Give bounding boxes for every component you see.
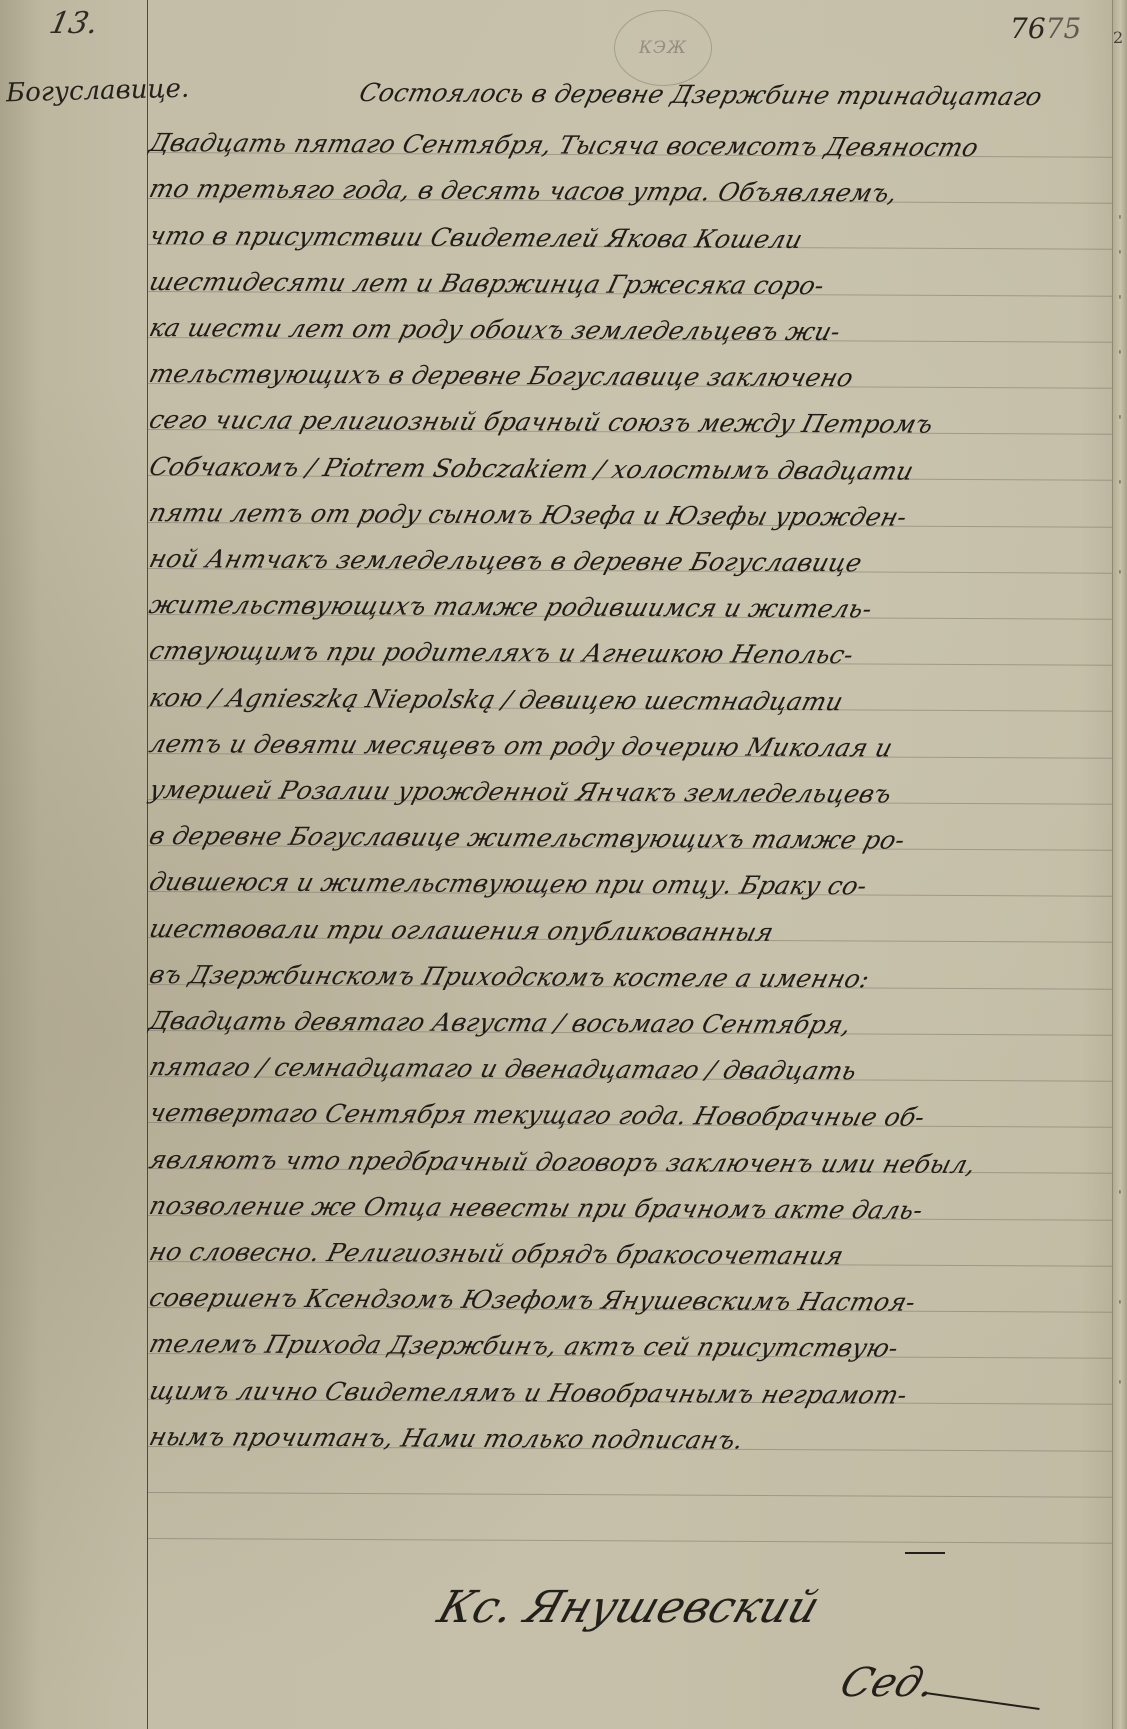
handwritten-line: то третьяго года, в десять часов утра. О… xyxy=(146,174,1113,209)
signature-secondary: Сед. xyxy=(835,1660,942,1706)
handwritten-line: ка шести лет от роду обоихъ земледельцев… xyxy=(146,313,1113,348)
archive-stamp: КЭЖ xyxy=(614,10,712,86)
folio-number: 7675 xyxy=(1010,12,1081,45)
edge-tick-mark: ˌ xyxy=(1118,470,1122,486)
edge-tick-mark: ˌ xyxy=(1118,205,1122,221)
edge-tick-mark: ˌ xyxy=(1118,1370,1122,1386)
handwritten-line: позволение же Отца невесты при брачномъ … xyxy=(146,1191,1113,1226)
page-binding-edge xyxy=(1112,0,1127,1729)
edge-tick-mark: ˌ xyxy=(1118,285,1122,301)
entry-number: 13. xyxy=(46,6,101,41)
handwritten-line: совершенъ Ксендзомъ Юзефомъ Янушевскимъ … xyxy=(146,1283,1113,1318)
handwritten-line: Собчакомъ / Piotrem Sobczakiem / холосты… xyxy=(146,452,1113,487)
end-flourish xyxy=(905,1552,945,1554)
edge-tick-mark: ˌ xyxy=(1118,405,1122,421)
handwritten-line: летъ и девяти месяцевъ от роду дочерию М… xyxy=(146,729,1113,764)
signature-flourish xyxy=(925,1692,1039,1710)
handwritten-line: Двадцать пятаго Сентября, Тысяча восемсо… xyxy=(146,128,1113,163)
handwritten-line: умершей Розалии урожденной Янчакъ землед… xyxy=(146,775,1113,810)
edge-tick-mark: ˌ xyxy=(1118,1290,1122,1306)
edge-tick-mark: ˌ xyxy=(1118,340,1122,356)
edge-tick-mark: ˌ xyxy=(1118,560,1122,576)
handwritten-line: телемъ Прихода Дзержбинъ, актъ сей прису… xyxy=(146,1329,1113,1364)
handwritten-line: являютъ что предбрачный договоръ заключе… xyxy=(146,1145,1113,1180)
handwritten-line: жительствующихъ тамже родившимся и жител… xyxy=(146,590,1113,625)
signature-priest: Кс. Янушевский xyxy=(432,1582,826,1633)
folio-edge-mark: 2 xyxy=(1113,28,1123,47)
folio-struck-number: 76 xyxy=(1010,12,1046,45)
handwritten-line: кою / Agnieszką Niepolską / девицею шест… xyxy=(146,683,1113,718)
handwritten-line: Двадцать девятаго Августа / восьмаго Сен… xyxy=(146,1006,1113,1041)
handwritten-line: Состоялось в деревне Дзержбине тринадцат… xyxy=(356,78,1113,112)
ruled-line xyxy=(148,1538,1112,1544)
stamp-text: КЭЖ xyxy=(639,38,687,58)
handwritten-line: дившеюся и жительствующею при отцу. Брак… xyxy=(146,867,1113,902)
handwritten-line: но словесно. Религиозный обрядъ бракосоч… xyxy=(146,1237,1113,1272)
handwritten-line: шестидесяти лет и Вавржинца Гржесяка сор… xyxy=(146,267,1113,302)
folio-main-number: 75 xyxy=(1046,12,1082,45)
handwritten-line: въ Дзержбинскомъ Приходскомъ костеле а и… xyxy=(146,960,1113,995)
ruled-line xyxy=(148,1492,1112,1498)
handwritten-line: щимъ лично Свидетелямъ и Новобрачнымъ не… xyxy=(146,1376,1113,1411)
handwritten-line: пяти летъ от роду сыномъ Юзефа и Юзефы у… xyxy=(146,498,1113,533)
margin-rule xyxy=(147,0,148,1729)
handwritten-line: шествовали три оглашения опубликованныя xyxy=(146,914,1113,949)
handwritten-line: пятаго / семнадцатаго и двенадцатаго / д… xyxy=(146,1052,1113,1087)
handwritten-line: ной Антчакъ земледельцевъ в деревне Богу… xyxy=(146,544,1113,579)
handwritten-line: что в присутствии Свидетелей Якова Кошел… xyxy=(146,221,1113,256)
edge-tick-mark: ˌ xyxy=(1118,240,1122,256)
edge-tick-mark: ˌ xyxy=(1118,1180,1122,1196)
handwritten-line: тельствующихъ в деревне Богуславице закл… xyxy=(146,359,1113,394)
village-margin-note: Богуславице. xyxy=(6,74,190,109)
handwritten-line: четвертаго Сентября текущаго года. Новоб… xyxy=(146,1098,1113,1133)
register-page: КЭЖ 13. 7675 2 Богуславице. Состоялось в… xyxy=(0,0,1127,1729)
handwritten-line: ствующимъ при родителяхъ и Агнешкою Непо… xyxy=(146,636,1113,671)
handwritten-line: нымъ прочитанъ, Нами только подписанъ. xyxy=(146,1422,1113,1457)
handwritten-line: сего числа религиозный брачный союзъ меж… xyxy=(146,405,1113,440)
handwritten-line: в деревне Богуславице жительствующихъ та… xyxy=(146,821,1113,856)
